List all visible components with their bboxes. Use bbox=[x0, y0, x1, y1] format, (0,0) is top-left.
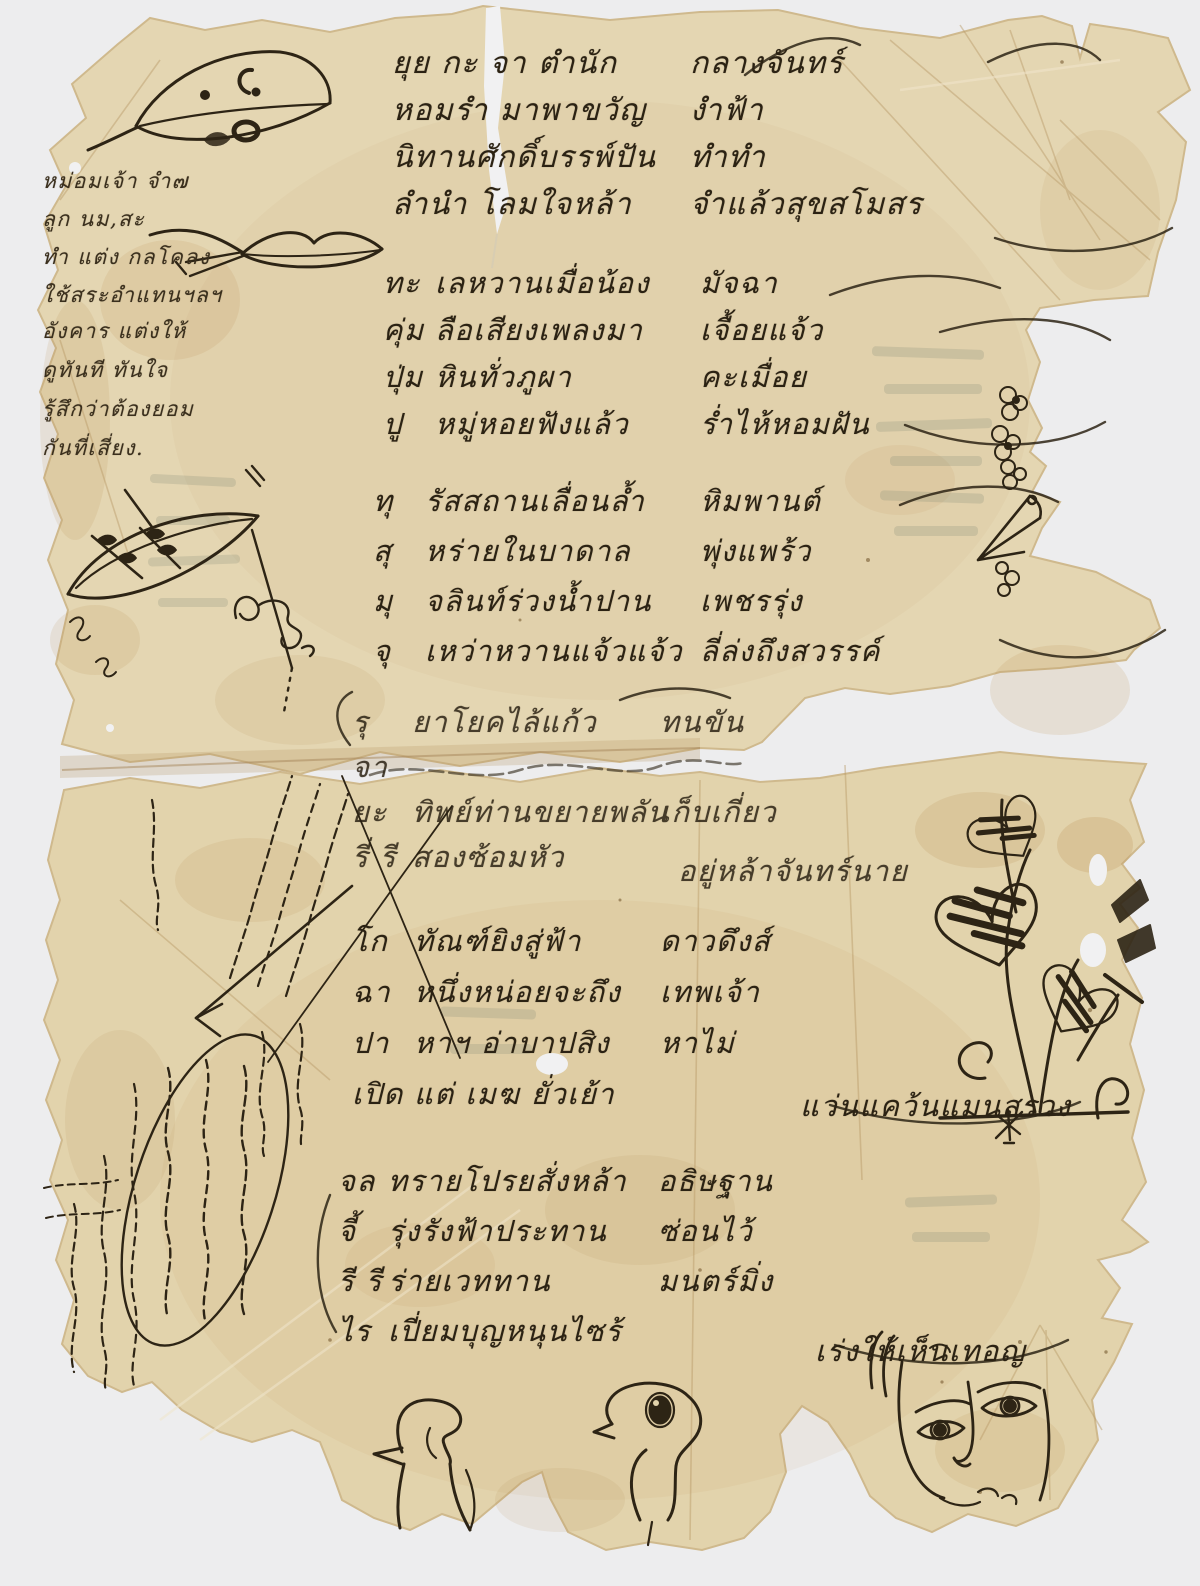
stanza-row: ฉาหนึ่งหน่อยจะถึงเทพเจ้า bbox=[352, 967, 931, 1018]
header-line-left: หอมรำ มาพาขวัญ bbox=[392, 87, 690, 134]
stanza-thu: ทุรัสสถานเลื่อนล้ำหิมพานต์ สุหร่ายในบาดา… bbox=[373, 476, 881, 676]
header-stanza: ยุย กะ จา ตำนักกลางจันทร์ หอมรำ มาพาขวัญ… bbox=[392, 40, 923, 228]
row-right: อธิษฐาน bbox=[658, 1156, 773, 1206]
row-right: เพชรรุ่ง bbox=[700, 576, 803, 626]
row-text: แต่ เมฆ ยั่วเย้า bbox=[414, 1069, 660, 1120]
header-line-left: ลำนำ โลมใจหล้า bbox=[392, 181, 690, 228]
stanza-row: จี้รุ่งรังฟ้าประทานซ่อนไว้ bbox=[338, 1206, 869, 1256]
row-label: ทุ bbox=[373, 476, 425, 526]
row-right: เก็บเกี่ยว bbox=[660, 790, 777, 835]
row-right: ร่ำไห้หอมฝัน bbox=[700, 401, 870, 448]
row-text: หมู่หอยฟังแล้ว bbox=[435, 401, 700, 448]
row-text: หร่ายในบาดาล bbox=[425, 526, 700, 576]
row-text: เหว่าหวานแจ้วแจ้ว bbox=[425, 626, 700, 676]
row-label: ไร bbox=[338, 1306, 388, 1356]
margin-note-line: หม่อมเจ้า จำ๗ bbox=[42, 162, 222, 200]
row-text: ร่ายเวททาน bbox=[388, 1256, 658, 1306]
row-text: ทัณฑ์ยิงสู่ฟ้า bbox=[414, 916, 660, 967]
header-line: ยุย กะ จา ตำนักกลางจันทร์ bbox=[392, 40, 923, 87]
row-label: ปู bbox=[383, 401, 435, 448]
row-right: ซ่อนไว้ bbox=[658, 1206, 753, 1256]
stanza-ko: โกทัณฑ์ยิงสู่ฟ้าดาวดึงส์ ฉาหนึ่งหน่อยจะถ… bbox=[352, 916, 931, 1120]
margin-note-line: ดูทันที ทันใจ bbox=[42, 351, 194, 390]
header-line-right: งำฟ้า bbox=[690, 87, 764, 134]
row-label: ฉา bbox=[352, 967, 414, 1018]
row-text: เปี่ยมบุญหนุนไซร้ bbox=[388, 1306, 658, 1356]
row-label: สุ bbox=[373, 526, 425, 576]
margin-notes-lower: อังคาร แต่งให้ ดูทันที ทันใจ รู้สึกว่าต้… bbox=[42, 312, 194, 468]
header-line-right: กลางจันทร์ bbox=[690, 40, 844, 87]
stanza-row: จา bbox=[352, 745, 890, 790]
row-text: หาฯ อ่าบาปสิง bbox=[414, 1018, 660, 1069]
row-right: คะเมื่อย bbox=[700, 354, 807, 401]
stanza-row: ปูหมู่หอยฟังแล้วร่ำไห้หอมฝัน bbox=[383, 401, 870, 448]
stanza-row: ปุ่มหินทั่วภูผาคะเมื่อย bbox=[383, 354, 870, 401]
header-line-right: ทำทำ bbox=[690, 134, 766, 181]
stanza-thale: ทะเลหวานเมื่อน้องมัจฉา คุ่มลือเสียงเพลงม… bbox=[383, 260, 870, 448]
row-text: รัสสถานเลื่อนล้ำ bbox=[425, 476, 700, 526]
stanza-row: รุยาโยคไล้แก้วทนขัน bbox=[352, 700, 890, 745]
row-label: จา bbox=[352, 745, 412, 790]
header-line: นิทานศักดิ์บรรพ์ปันทำทำ bbox=[392, 134, 923, 181]
row-label: ปา bbox=[352, 1018, 414, 1069]
row-right: ดาวดึงส์ bbox=[660, 916, 771, 967]
stanza-row: จลทรายโปรยสั่งหล้าอธิษฐาน bbox=[338, 1156, 869, 1206]
stanza-row: รี รีร่ายเวททานมนตร์มิ่ง bbox=[338, 1256, 869, 1306]
row-right: อยู่หล้าจันทร์นาย bbox=[678, 849, 908, 894]
stanza-row: ไรเปี่ยมบุญหนุนไซร้เร่งให้เห็นเทอญ bbox=[338, 1306, 869, 1356]
stanza-row: สุหร่ายในบาดาลพุ่งแพร้ว bbox=[373, 526, 881, 576]
row-label: มุ bbox=[373, 576, 425, 626]
row-label: ปุ่ม bbox=[383, 354, 435, 401]
header-line: ลำนำ โลมใจหล้าจำแล้วสุขสโมสร bbox=[392, 181, 923, 228]
row-label: ทะ bbox=[383, 260, 435, 307]
row-text: หินทั่วภูผา bbox=[435, 354, 700, 401]
row-label: รี รี bbox=[338, 1256, 388, 1306]
row-right: หิมพานต์ bbox=[700, 476, 821, 526]
stanza-row: จุเหว่าหวานแจ้วแจ้วลี่ล่งถึงสวรรค์ bbox=[373, 626, 881, 676]
stanza-row: มุจลินท์ร่วงน้ำปานเพชรรุ่ง bbox=[373, 576, 881, 626]
row-text: ทิพย์ท่านขยายพลัน bbox=[412, 790, 660, 835]
stanza-row: คุ่มลือเสียงเพลงมาเจื้อยแจ้ว bbox=[383, 307, 870, 354]
row-text: จลินท์ร่วงน้ำปาน bbox=[425, 576, 700, 626]
header-line-left: ยุย กะ จา ตำนัก bbox=[392, 40, 690, 87]
row-text: รุ่งรังฟ้าประทาน bbox=[388, 1206, 658, 1256]
row-right: เร่งให้เห็นเทอญ bbox=[815, 1326, 1026, 1376]
row-label: เปิด bbox=[352, 1069, 414, 1120]
stanza-row: โกทัณฑ์ยิงสู่ฟ้าดาวดึงส์ bbox=[352, 916, 931, 967]
stanza-row: ปาหาฯ อ่าบาปสิงหาไม่ bbox=[352, 1018, 931, 1069]
margin-note-line: ทำ แต่ง กลโคลง bbox=[42, 238, 222, 276]
stanza-row: ยะทิพย์ท่านขยายพลันเก็บเกี่ยว bbox=[352, 790, 890, 835]
margin-note-line: รู้สึกว่าต้องยอม bbox=[42, 390, 194, 429]
margin-notes-top: หม่อมเจ้า จำ๗ ลูก นม,สะ ทำ แต่ง กลโคลง ใ… bbox=[42, 162, 222, 314]
header-line-right: จำแล้วสุขสโมสร bbox=[690, 181, 923, 228]
row-text: ยาโยคไล้แก้ว bbox=[412, 700, 660, 745]
stanza-row: รี่ รีสองซ้อมหัวอยู่หล้าจันทร์นาย bbox=[352, 835, 890, 880]
row-label: รุ bbox=[352, 700, 412, 745]
row-right: เทพเจ้า bbox=[660, 967, 760, 1018]
stanza-row: เปิดแต่ เมฆ ยั่วเย้าแว่นแคว้นแมนสรวง bbox=[352, 1069, 931, 1120]
row-right: มนตร์มิ่ง bbox=[658, 1256, 774, 1306]
header-line: หอมรำ มาพาขวัญงำฟ้า bbox=[392, 87, 923, 134]
row-label: จุ bbox=[373, 626, 425, 676]
row-right: ทนขัน bbox=[660, 700, 745, 745]
row-label: รี่ รี bbox=[352, 835, 412, 880]
stanza-row: ทุรัสสถานเลื่อนล้ำหิมพานต์ bbox=[373, 476, 881, 526]
row-right: เจื้อยแจ้ว bbox=[700, 307, 824, 354]
row-text: เลหวานเมื่อน้อง bbox=[435, 260, 700, 307]
row-text: ทรายโปรยสั่งหล้า bbox=[388, 1156, 658, 1206]
row-text: ลือเสียงเพลงมา bbox=[435, 307, 700, 354]
row-label: จี้ bbox=[338, 1206, 388, 1256]
stanza-chon: จลทรายโปรยสั่งหล้าอธิษฐาน จี้รุ่งรังฟ้าป… bbox=[338, 1156, 869, 1356]
row-label: จล bbox=[338, 1156, 388, 1206]
margin-note-line: อังคาร แต่งให้ bbox=[42, 312, 194, 351]
row-right: มัจฉา bbox=[700, 260, 778, 307]
stanza-row: ทะเลหวานเมื่อน้องมัจฉา bbox=[383, 260, 870, 307]
header-line-left: นิทานศักดิ์บรรพ์ปัน bbox=[392, 134, 690, 181]
margin-note-line: ใช้สระอำแทนฯลฯ bbox=[42, 276, 222, 314]
row-text: หนึ่งหน่อยจะถึง bbox=[414, 967, 660, 1018]
margin-note-line: กันที่เสี่ยง. bbox=[42, 429, 194, 468]
margin-note-line: ลูก นม,สะ bbox=[42, 200, 222, 238]
row-right: พุ่งแพร้ว bbox=[700, 526, 812, 576]
row-right: หาไม่ bbox=[660, 1018, 735, 1069]
row-label: ยะ bbox=[352, 790, 412, 835]
row-label: โก bbox=[352, 916, 414, 967]
row-label: คุ่ม bbox=[383, 307, 435, 354]
row-right: แว่นแคว้นแมนสรวง bbox=[800, 1081, 1071, 1132]
stanza-ru: รุยาโยคไล้แก้วทนขัน จา ยะทิพย์ท่านขยายพล… bbox=[352, 700, 890, 880]
row-text: สองซ้อมหัว bbox=[412, 835, 660, 880]
manuscript-photo: ยุย กะ จา ตำนักกลางจันทร์ หอมรำ มาพาขวัญ… bbox=[0, 0, 1200, 1586]
row-right: ลี่ล่งถึงสวรรค์ bbox=[700, 626, 881, 676]
